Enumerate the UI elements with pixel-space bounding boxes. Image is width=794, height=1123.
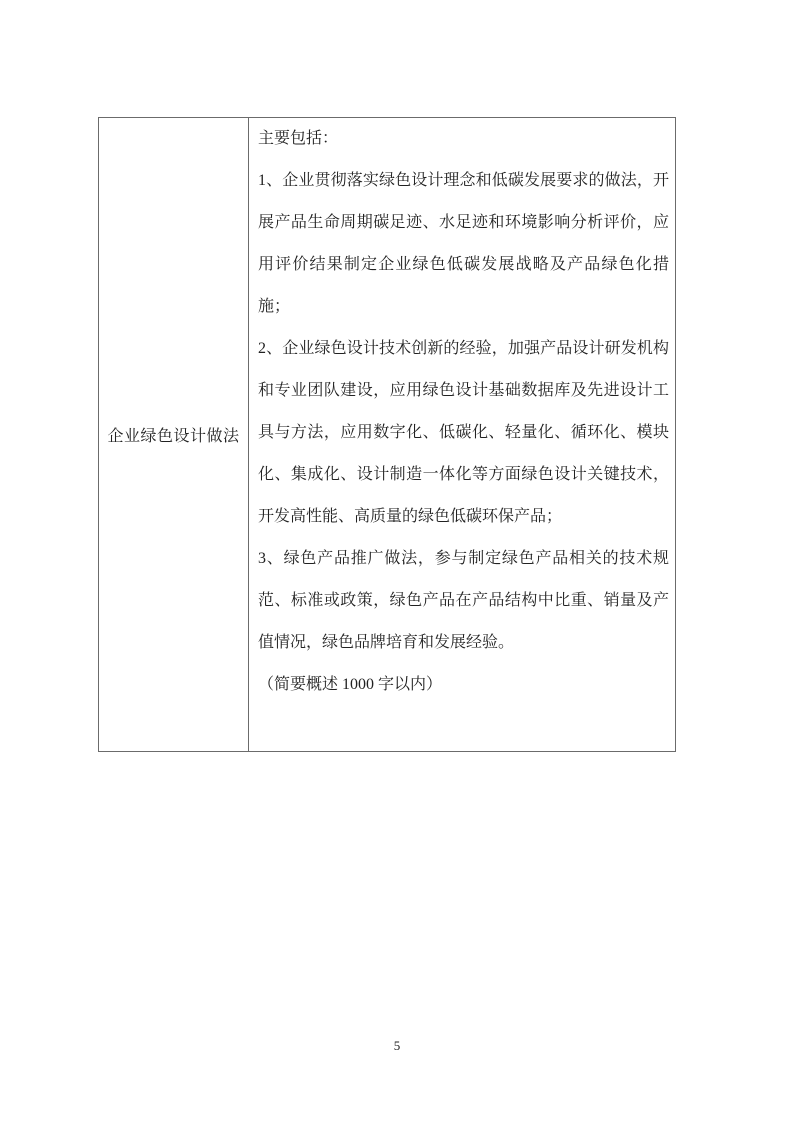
content-note: （简要概述 1000 字以内） xyxy=(258,664,669,706)
content-intro: 主要包括： xyxy=(258,118,669,160)
row-header-label: 企业绿色设计做法 xyxy=(107,428,239,445)
content-item-1: 1、企业贯彻落实绿色设计理念和低碳发展要求的做法，开展产品生命周期碳足迹、水足迹… xyxy=(258,160,669,328)
page-number: 5 xyxy=(0,1038,794,1054)
green-design-table: 企业绿色设计做法 主要包括： 1、企业贯彻落实绿色设计理念和低碳发展要求的做法，… xyxy=(98,117,676,752)
row-header-cell: 企业绿色设计做法 xyxy=(99,118,249,752)
content-item-3: 3、绿色产品推广做法，参与制定绿色产品相关的技术规范、标准或政策，绿色产品在产品… xyxy=(258,538,669,664)
content-item-2: 2、企业绿色设计技术创新的经验，加强产品设计研发机构和专业团队建设，应用绿色设计… xyxy=(258,328,669,538)
table-row: 企业绿色设计做法 主要包括： 1、企业贯彻落实绿色设计理念和低碳发展要求的做法，… xyxy=(99,118,676,752)
document-page: 企业绿色设计做法 主要包括： 1、企业贯彻落实绿色设计理念和低碳发展要求的做法，… xyxy=(0,0,794,1123)
row-content-cell: 主要包括： 1、企业贯彻落实绿色设计理念和低碳发展要求的做法，开展产品生命周期碳… xyxy=(249,118,676,752)
